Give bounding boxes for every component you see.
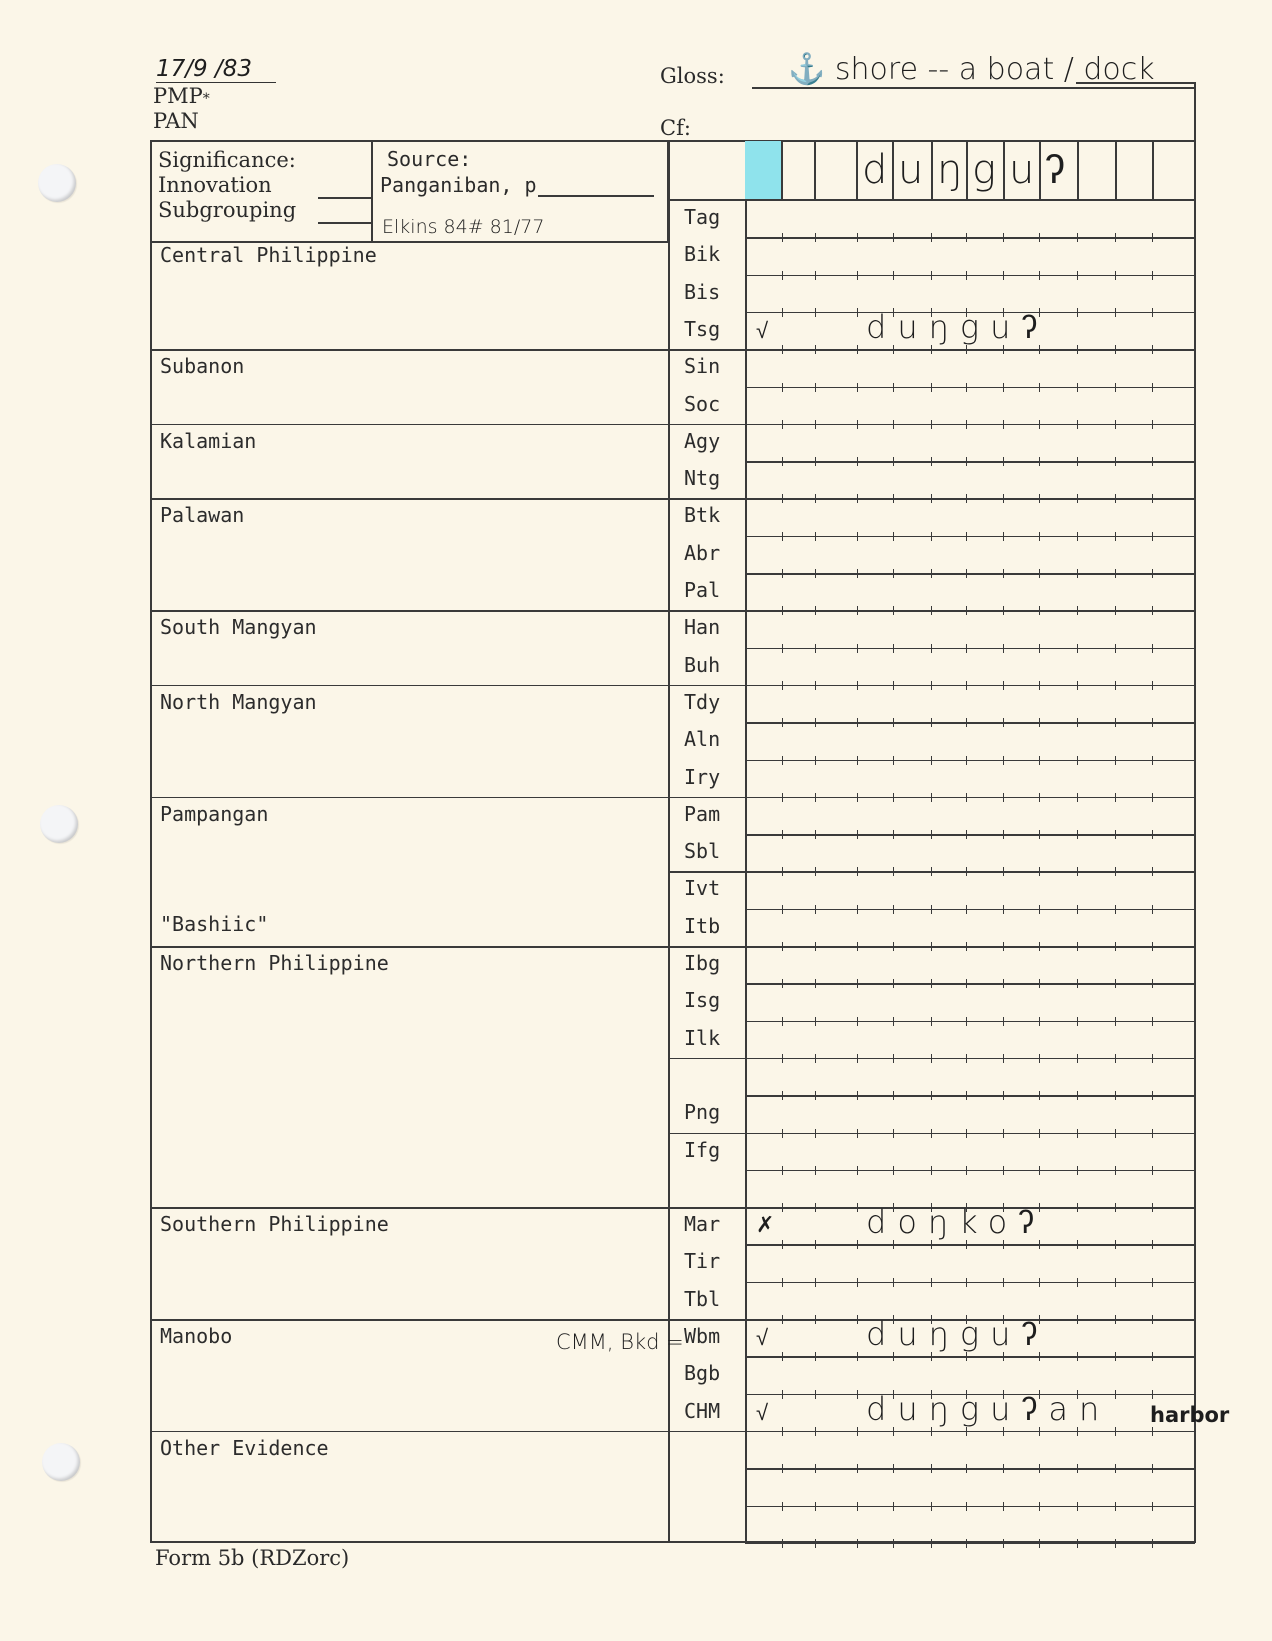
- binder-hole-bottom: [42, 1443, 80, 1481]
- subgroup-label: Subanon: [160, 354, 244, 378]
- ruled-line: [745, 461, 1195, 463]
- ruled-tick: [966, 1240, 967, 1249]
- ruled-tick: [1152, 1091, 1153, 1100]
- check-mark-icon: √: [756, 1400, 768, 1426]
- ruled-tick: [1039, 345, 1040, 354]
- ruled-tick: [857, 1464, 858, 1473]
- language-row[interactable]: [745, 722, 1195, 759]
- language-code: Pal: [684, 578, 734, 602]
- ruled-tick: [1003, 1352, 1004, 1361]
- ruled-line: [745, 1244, 1195, 1246]
- binder-hole-middle: [40, 805, 78, 843]
- ruled-tick: [1003, 867, 1004, 876]
- cognate-form: duŋguʔ: [866, 1315, 1048, 1353]
- language-code: Iry: [684, 765, 734, 789]
- ruled-line: [745, 722, 1195, 724]
- ruled-line: [745, 685, 1195, 687]
- language-code: Pam: [684, 802, 734, 826]
- ruled-tick: [857, 1054, 858, 1063]
- ruled-tick: [966, 1352, 967, 1361]
- ruled-tick: [815, 1539, 816, 1548]
- ruled-tick: [966, 383, 967, 392]
- subgroup-divider: [150, 685, 746, 687]
- ruled-tick: [1152, 1352, 1153, 1361]
- ruled-tick: [857, 1240, 858, 1249]
- wbm-cognate-note: CMM, Bkd =: [556, 1330, 684, 1354]
- ruled-tick: [782, 867, 783, 876]
- code-divider: [668, 1058, 746, 1060]
- ruled-tick: [1003, 383, 1004, 392]
- ruled-tick: [1003, 271, 1004, 280]
- ruled-tick: [1115, 1390, 1116, 1399]
- ruled-line: [745, 1356, 1195, 1358]
- cognate-gloss: harbor: [1150, 1403, 1229, 1427]
- reconstruction-cell[interactable]: [814, 141, 856, 199]
- ruled-tick: [893, 1352, 894, 1361]
- ruled-tick: [1077, 569, 1078, 578]
- ruled-tick: [966, 1464, 967, 1473]
- ruled-tick: [1152, 308, 1153, 317]
- language-row[interactable]: [745, 1244, 1195, 1281]
- ruled-tick: [1077, 606, 1078, 615]
- language-row[interactable]: [745, 536, 1195, 573]
- ruled-tick: [1039, 830, 1040, 839]
- ruled-tick: [1152, 532, 1153, 541]
- language-row[interactable]: [745, 1095, 1195, 1132]
- ruled-tick: [1077, 1203, 1078, 1212]
- ruled-tick: [1152, 1129, 1153, 1138]
- language-row[interactable]: [745, 349, 1195, 386]
- language-row[interactable]: [745, 237, 1195, 274]
- ruled-tick: [966, 942, 967, 951]
- language-row[interactable]: [745, 1356, 1195, 1393]
- ruled-tick: [815, 1502, 816, 1511]
- ruled-tick: [1003, 569, 1004, 578]
- ruled-tick: [893, 644, 894, 653]
- reconstruction-cell[interactable]: [745, 141, 781, 199]
- subgroup-divider: [150, 1207, 746, 1209]
- ruled-tick: [1077, 457, 1078, 466]
- ruled-tick: [1077, 867, 1078, 876]
- cell-divider: [931, 141, 933, 200]
- language-row[interactable]: [745, 685, 1195, 722]
- ruled-tick: [1077, 383, 1078, 392]
- language-row[interactable]: [745, 1282, 1195, 1319]
- ruled-line: [745, 610, 1195, 612]
- ruled-tick: [857, 942, 858, 951]
- language-row[interactable]: [745, 387, 1195, 424]
- ruled-tick: [931, 383, 932, 392]
- ruled-tick: [1152, 1017, 1153, 1026]
- ruled-tick: [931, 718, 932, 727]
- language-row[interactable]: [745, 909, 1195, 946]
- ruled-tick: [966, 1054, 967, 1063]
- language-row[interactable]: [745, 797, 1195, 834]
- reconstruction-letter: u: [898, 150, 923, 190]
- subgroup-label: Pampangan: [160, 802, 268, 826]
- code-divider: [668, 1133, 746, 1135]
- ruled-line: [745, 1133, 1195, 1135]
- ruled-tick: [1152, 1278, 1153, 1287]
- ruled-tick: [1077, 1054, 1078, 1063]
- ruled-tick: [815, 1054, 816, 1063]
- ruled-tick: [966, 830, 967, 839]
- ruled-tick: [1039, 1166, 1040, 1175]
- ruled-tick: [1115, 606, 1116, 615]
- ruled-tick: [966, 979, 967, 988]
- ruled-tick: [1003, 457, 1004, 466]
- ruled-tick: [815, 308, 816, 317]
- language-code: CHM: [684, 1399, 734, 1423]
- language-row[interactable]: [745, 424, 1195, 461]
- reconstruction-cell[interactable]: [1115, 141, 1152, 199]
- ruled-tick: [966, 905, 967, 914]
- language-code: Btk: [684, 503, 734, 527]
- language-row[interactable]: [745, 275, 1195, 312]
- ruled-tick: [1039, 867, 1040, 876]
- ruled-tick: [1077, 979, 1078, 988]
- ruled-tick: [1152, 830, 1153, 839]
- reconstruction-cell[interactable]: [1152, 141, 1195, 199]
- ruled-tick: [1115, 1091, 1116, 1100]
- ruled-tick: [893, 420, 894, 429]
- ruled-tick: [931, 1091, 932, 1100]
- ruled-tick: [1077, 1539, 1078, 1548]
- ruled-line: [745, 760, 1195, 762]
- ruled-tick: [931, 793, 932, 802]
- ruled-tick: [893, 494, 894, 503]
- ruled-tick: [1152, 494, 1153, 503]
- language-row[interactable]: [745, 1058, 1195, 1095]
- ruled-tick: [893, 681, 894, 690]
- language-row[interactable]: [745, 200, 1195, 237]
- ruled-tick: [1003, 644, 1004, 653]
- ruled-tick: [1115, 1054, 1116, 1063]
- ruled-tick: [815, 1240, 816, 1249]
- ruled-tick: [815, 756, 816, 765]
- ruled-tick: [782, 793, 783, 802]
- ruled-tick: [857, 494, 858, 503]
- ruled-tick: [1003, 606, 1004, 615]
- cognate-form: duŋguʔ: [866, 308, 1048, 346]
- reconstruction-letter: d: [862, 150, 887, 190]
- ruled-tick: [782, 718, 783, 727]
- ruled-tick: [1152, 979, 1153, 988]
- ruled-tick: [931, 681, 932, 690]
- language-row[interactable]: [745, 871, 1195, 908]
- subgroup-label: Northern Philippine: [160, 951, 389, 975]
- ruled-tick: [893, 606, 894, 615]
- ruled-tick: [893, 756, 894, 765]
- ruled-tick: [931, 1539, 932, 1548]
- ruled-tick: [1039, 1502, 1040, 1511]
- ruled-line: [745, 1543, 1195, 1545]
- ruled-tick: [966, 457, 967, 466]
- ruled-tick: [966, 345, 967, 354]
- ruled-tick: [815, 644, 816, 653]
- ruled-tick: [782, 1166, 783, 1175]
- ruled-tick: [1077, 644, 1078, 653]
- ruled-tick: [815, 420, 816, 429]
- ruled-tick: [966, 532, 967, 541]
- ruled-tick: [1115, 1166, 1116, 1175]
- ruled-tick: [815, 905, 816, 914]
- cell-divider: [781, 141, 783, 200]
- ruled-tick: [1003, 1017, 1004, 1026]
- cell-divider: [1003, 141, 1005, 200]
- ruled-tick: [893, 1464, 894, 1473]
- ruled-tick: [815, 1166, 816, 1175]
- code-divider: [668, 871, 746, 873]
- ruled-tick: [1152, 1315, 1153, 1324]
- asterisk-mark: *: [203, 91, 210, 107]
- ruled-tick: [857, 420, 858, 429]
- ruled-tick: [815, 1352, 816, 1361]
- ruled-tick: [1039, 1091, 1040, 1100]
- language-row[interactable]: [745, 461, 1195, 498]
- language-row[interactable]: [745, 610, 1195, 647]
- ruled-tick: [782, 345, 783, 354]
- ruled-tick: [1003, 942, 1004, 951]
- ruled-tick: [815, 1017, 816, 1026]
- ruled-tick: [931, 867, 932, 876]
- language-code: Tbl: [684, 1287, 734, 1311]
- check-mark-icon: √: [756, 318, 768, 344]
- ruled-tick: [857, 271, 858, 280]
- ruled-tick: [782, 457, 783, 466]
- source-line-2: Elkins 84# 81/77: [382, 216, 544, 238]
- language-row[interactable]: [745, 648, 1195, 685]
- ruled-tick: [966, 233, 967, 242]
- language-row[interactable]: [745, 834, 1195, 871]
- ruled-tick: [931, 1427, 932, 1436]
- ruled-tick: [966, 1017, 967, 1026]
- cell-divider: [856, 141, 858, 200]
- ruled-tick: [857, 830, 858, 839]
- ruled-tick: [1115, 457, 1116, 466]
- cognate-form: duŋguʔan: [866, 1390, 1110, 1428]
- language-code: Tag: [684, 205, 734, 229]
- ruled-tick: [782, 942, 783, 951]
- ruled-tick: [1039, 1464, 1040, 1473]
- innovation-blank[interactable]: [318, 197, 371, 199]
- ruled-tick: [1152, 756, 1153, 765]
- ruled-tick: [815, 1091, 816, 1100]
- ruled-tick: [1077, 233, 1078, 242]
- ruled-tick: [1077, 345, 1078, 354]
- reconstruction-cell[interactable]: [1077, 141, 1115, 199]
- language-code: Isg: [684, 988, 734, 1012]
- ruled-tick: [1039, 1240, 1040, 1249]
- ruled-line: [745, 424, 1195, 426]
- form-id: Form 5b (RDZorc): [155, 1546, 349, 1570]
- ruled-tick: [1039, 1352, 1040, 1361]
- ruled-tick: [815, 345, 816, 354]
- ruled-tick: [1115, 271, 1116, 280]
- ruled-tick: [893, 345, 894, 354]
- ruled-tick: [782, 606, 783, 615]
- language-row[interactable]: [745, 983, 1195, 1020]
- subgroup-label: Southern Philippine: [160, 1212, 389, 1236]
- ruled-tick: [815, 457, 816, 466]
- cell-divider: [1115, 141, 1117, 200]
- ruled-tick: [857, 1091, 858, 1100]
- ruled-tick: [966, 1502, 967, 1511]
- ruled-tick: [857, 718, 858, 727]
- ruled-tick: [815, 718, 816, 727]
- ruled-tick: [1115, 1203, 1116, 1212]
- ruled-tick: [1115, 718, 1116, 727]
- ruled-line: [745, 871, 1195, 873]
- ruled-line: [745, 1431, 1195, 1433]
- subgroup-divider: [150, 1319, 746, 1321]
- language-code: Abr: [684, 541, 734, 565]
- language-code: Aln: [684, 727, 734, 751]
- ruled-tick: [857, 1129, 858, 1138]
- ruled-tick: [1115, 793, 1116, 802]
- ruled-tick: [931, 905, 932, 914]
- ruled-line: [745, 1282, 1195, 1284]
- ruled-tick: [931, 942, 932, 951]
- ruled-tick: [1003, 1278, 1004, 1287]
- ruled-tick: [1003, 1427, 1004, 1436]
- ruled-tick: [1115, 942, 1116, 951]
- ruled-tick: [931, 233, 932, 242]
- significance-divider: [371, 140, 373, 241]
- ruled-tick: [1039, 1539, 1040, 1548]
- ruled-tick: [815, 383, 816, 392]
- ruled-tick: [966, 1539, 967, 1548]
- ruled-tick: [931, 1129, 932, 1138]
- ruled-tick: [893, 1129, 894, 1138]
- ruled-line: [745, 1170, 1195, 1172]
- language-row[interactable]: [745, 946, 1195, 983]
- ruled-tick: [966, 1278, 967, 1287]
- ruled-tick: [1152, 905, 1153, 914]
- subgroup-divider: [150, 498, 746, 500]
- ruled-tick: [966, 1427, 967, 1436]
- ruled-tick: [1077, 494, 1078, 503]
- ruled-line: [745, 1021, 1195, 1023]
- top-right-border: [1076, 82, 1196, 84]
- subgrouping-blank[interactable]: [318, 222, 371, 224]
- ruled-tick: [1152, 644, 1153, 653]
- ruled-tick: [1003, 1539, 1004, 1548]
- language-code: Ifg: [684, 1138, 734, 1162]
- ruled-tick: [931, 979, 932, 988]
- ruled-tick: [857, 1278, 858, 1287]
- ruled-tick: [931, 532, 932, 541]
- language-code: Sbl: [684, 839, 734, 863]
- ruled-tick: [782, 644, 783, 653]
- language-code: Soc: [684, 392, 734, 416]
- ruled-tick: [931, 345, 932, 354]
- ruled-tick: [1115, 532, 1116, 541]
- ruled-tick: [857, 532, 858, 541]
- ruled-tick: [857, 979, 858, 988]
- ruled-tick: [1039, 383, 1040, 392]
- ruled-tick: [1115, 1240, 1116, 1249]
- significance-title: Significance:: [158, 148, 296, 172]
- ruled-tick: [1152, 606, 1153, 615]
- reconstruction-cell[interactable]: [781, 141, 814, 199]
- ruled-tick: [931, 1054, 932, 1063]
- language-code: Wbm: [684, 1324, 734, 1348]
- ruled-tick: [1152, 1539, 1153, 1548]
- subgroup-divider: [150, 1431, 746, 1433]
- ruled-tick: [931, 644, 932, 653]
- source-page-blank[interactable]: [538, 195, 654, 197]
- ruled-tick: [857, 1427, 858, 1436]
- ruled-tick: [782, 1390, 783, 1399]
- subgroup-label: Other Evidence: [160, 1436, 329, 1460]
- ruled-tick: [1077, 532, 1078, 541]
- ruled-tick: [782, 1502, 783, 1511]
- ruled-tick: [893, 1054, 894, 1063]
- ruled-tick: [857, 233, 858, 242]
- cell-divider: [892, 141, 894, 200]
- ruled-tick: [1115, 644, 1116, 653]
- language-row[interactable]: [745, 760, 1195, 797]
- ruled-tick: [1077, 1352, 1078, 1361]
- ruled-tick: [857, 308, 858, 317]
- ruled-tick: [893, 905, 894, 914]
- ruled-tick: [1039, 644, 1040, 653]
- ruled-tick: [1039, 1017, 1040, 1026]
- ruled-tick: [815, 830, 816, 839]
- ruled-tick: [1003, 1054, 1004, 1063]
- language-code: Ntg: [684, 466, 734, 490]
- ruled-tick: [782, 383, 783, 392]
- ruled-tick: [1115, 233, 1116, 242]
- ruled-tick: [1003, 1502, 1004, 1511]
- ruled-tick: [893, 383, 894, 392]
- ruled-tick: [893, 830, 894, 839]
- ruled-tick: [815, 606, 816, 615]
- ruled-line: [745, 536, 1195, 538]
- ruled-tick: [893, 532, 894, 541]
- ruled-tick: [966, 644, 967, 653]
- language-code: Sin: [684, 354, 734, 378]
- ruled-tick: [857, 793, 858, 802]
- ruled-tick: [1077, 420, 1078, 429]
- ruled-line: [745, 1095, 1195, 1097]
- ruled-tick: [1039, 718, 1040, 727]
- ruled-tick: [1115, 867, 1116, 876]
- ruled-tick: [782, 1464, 783, 1473]
- language-row[interactable]: [745, 498, 1195, 535]
- language-row[interactable]: [745, 1133, 1195, 1170]
- reconstruction-letter: u: [1009, 150, 1034, 190]
- ruled-tick: [782, 271, 783, 280]
- ruled-tick: [782, 1352, 783, 1361]
- level-pmp-label: PMP: [153, 84, 203, 108]
- subgroup-label: Kalamian: [160, 429, 256, 453]
- cell-divider: [814, 141, 816, 200]
- language-row[interactable]: [745, 573, 1195, 610]
- ruled-tick: [893, 867, 894, 876]
- ruled-tick: [1115, 979, 1116, 988]
- ruled-tick: [815, 793, 816, 802]
- language-row[interactable]: [745, 1170, 1195, 1207]
- ruled-tick: [815, 979, 816, 988]
- ruled-tick: [1152, 569, 1153, 578]
- ruled-tick: [782, 1054, 783, 1063]
- language-row[interactable]: [745, 1021, 1195, 1058]
- ruled-line: [745, 834, 1195, 836]
- ruled-tick: [893, 457, 894, 466]
- ruled-tick: [966, 1091, 967, 1100]
